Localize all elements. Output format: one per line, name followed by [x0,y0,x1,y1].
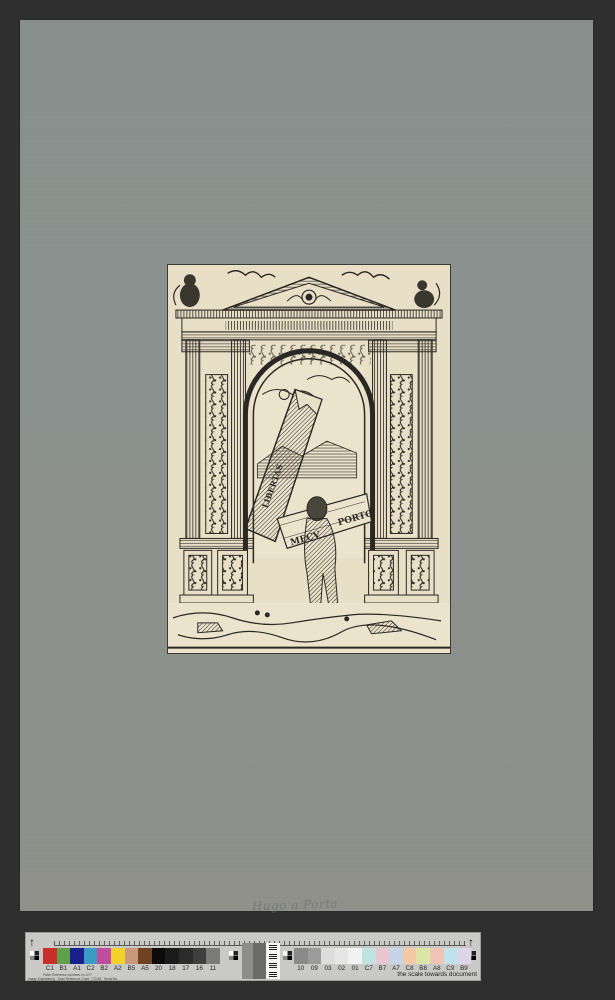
color-swatch-c8 [403,948,417,964]
lion-figure-left [174,274,200,307]
woodcut-illustration: LIBERTAS MECV PORTO [168,265,450,653]
orientation-arrow-right-icon: ↑ [468,935,474,949]
color-swatch-b7 [376,948,390,964]
swatch-label: B5 [125,965,139,972]
swatch-label: 11 [206,965,220,972]
color-swatch-a8 [430,948,444,964]
color-swatch-02 [335,948,349,964]
color-swatch-b1 [57,948,71,964]
swatch-label: B1 [57,965,71,972]
color-swatch-17 [179,948,193,964]
swatch-label: 03 [321,965,335,972]
checker-patch-mid-left [229,951,238,960]
rocky-ground [168,603,450,653]
color-swatch-10 [294,948,308,964]
checker-patch-left [30,951,39,960]
swatch-label: 17 [179,965,193,972]
color-swatch-a5 [138,948,152,964]
pediment [223,271,396,310]
color-swatch-18 [165,948,179,964]
color-swatch-a7 [389,948,403,964]
swatch-label: 16 [193,965,207,972]
color-swatch-c2 [84,948,98,964]
woodcut-print: LIBERTAS MECV PORTO [167,264,451,654]
swatch-label: 20 [152,965,166,972]
color-swatch-b5 [125,948,139,964]
left-columns [182,340,250,539]
chart-identification-note: Image Engineering · Scan Reference Chart… [28,977,118,981]
color-swatch-03 [321,948,335,964]
swatch-label: 09 [308,965,322,972]
swatch-label: 18 [165,965,179,972]
swatch-label: B2 [97,965,111,972]
swatch-labels-left: C1B1A1C2B2A2B5A52018171611 [43,965,220,972]
gray-density-bars [242,943,266,979]
color-swatch-b8 [416,948,430,964]
color-swatch-11 [206,948,220,964]
swatch-label: 02 [335,965,349,972]
swatch-label: 10 [294,965,308,972]
right-columns [369,340,437,539]
orientation-arrow-left-icon: ↑ [29,935,35,949]
entablature [176,310,442,340]
color-swatch-b2 [97,948,111,964]
color-swatch-c1 [43,948,57,964]
checker-patch-mid-right [283,951,292,960]
color-swatches-left [43,948,220,964]
color-swatch-a1 [70,948,84,964]
color-swatches-right [294,948,471,964]
color-calibration-target: ↑ ↑ C1B1A1C2B2A2B5A52018171611 100903020… [25,932,481,981]
color-swatch-16 [193,948,207,964]
pencil-annotation: Hugo a Porta [235,888,356,922]
seated-figure-right [414,280,439,308]
color-swatch-a2 [111,948,125,964]
color-swatch-b9 [457,948,471,964]
swatch-label: C2 [84,965,98,972]
swatch-label: A2 [111,965,125,972]
color-swatch-01 [348,948,362,964]
swatch-label: A5 [138,965,152,972]
swatch-label: B7 [376,965,390,972]
swatch-label: C7 [362,965,376,972]
color-swatch-20 [152,948,166,964]
scale-caption: the scale towards document [397,971,477,978]
swatch-label: C1 [43,965,57,972]
resolution-target [266,943,280,979]
swatch-label: A1 [70,965,84,972]
color-swatch-09 [308,948,322,964]
color-swatch-c9 [444,948,458,964]
color-swatch-c7 [362,948,376,964]
swatch-label: 01 [348,965,362,972]
